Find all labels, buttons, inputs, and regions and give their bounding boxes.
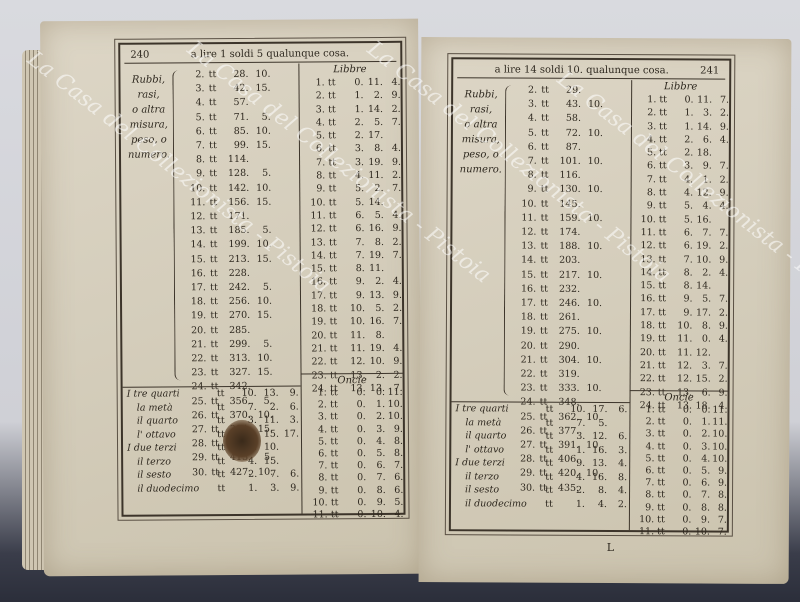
value-cell: tt [536,353,552,367]
value-cell: 3. [557,430,585,444]
table-row: 10.tt0.9.7. [630,514,727,527]
value-cell [271,124,291,138]
value-cell: tt [536,311,552,325]
value-cell: 7. [712,94,729,107]
table-row: 8.tt114. [181,153,301,168]
value-cell: 5. [386,497,404,509]
value-cell: tt [655,404,669,416]
value-cell: 16. [585,470,607,484]
value-cell: 1. [557,497,585,511]
value-cell: 4. [384,209,402,222]
table-row: 21.tt11.19.4. [301,342,402,356]
ink-stain [223,420,261,462]
value-cell: tt [536,226,552,240]
quantity: 5. [181,111,205,125]
table-row: 11.tt0.10.4. [302,509,403,522]
value-cell: 10. [581,126,603,140]
quantity: 20. [635,346,655,359]
value-cell: 10. [581,183,603,197]
oncie-title: Oncie [631,391,728,405]
value-cell: tt [205,139,221,153]
table-row: 2.tt0.1.11. [630,416,727,429]
value-cell [580,340,602,354]
table-row: 17.tt246.10. [512,297,632,312]
table-row: 3.tt1.14.2. [300,102,401,116]
value-cell: 1. [692,417,711,429]
value-cell: 15. [249,139,271,153]
quantity: 21. [305,342,326,355]
table-row: 4.tt57. [181,96,301,111]
value-cell: 7. [340,236,365,249]
value-cell: tt [536,368,552,382]
quantity: 10. [304,196,325,209]
value-cell: 1. [229,481,257,495]
value-cell: tt [656,173,670,186]
value-cell: 6. [607,430,627,444]
value-cell: tt [656,146,670,159]
value-cell: 10. [249,125,271,139]
value-cell: 5. [585,416,607,430]
table-row: 21.tt299.5. [182,337,302,352]
value-cell: tt [654,502,668,514]
value-cell: 6. [366,460,385,472]
value-cell: 159. [552,212,580,226]
quantity: 20. [182,324,206,338]
value-cell [249,210,271,224]
value-cell: 4. [712,133,729,146]
value-cell: 2. [364,182,383,195]
value-cell: 9. [279,387,299,401]
table-row: 12.tt6.19.2. [631,239,728,253]
value-cell: tt [205,111,221,125]
value-cell [272,309,292,323]
value-cell: tt [325,169,339,182]
value-cell: tt [327,473,341,485]
table-row: 2.tt0.1.10. [302,399,403,412]
value-cell [271,110,291,124]
fraction-row: il quartott3.11.3. [123,414,301,429]
libbre-title: Libbre [632,80,729,94]
value-cell: 16. [693,213,712,226]
value-cell: 71. [221,110,249,124]
quantity: 2. [306,400,327,412]
quantity: 4. [513,112,537,126]
value-cell: 10. [693,253,712,266]
table-row: 6.tt0.5.8. [302,448,403,461]
table-row: 8.tt116. [513,169,633,184]
fraction-row: il duodecimott1.4.2. [451,497,629,511]
value-cell: 4. [669,186,693,199]
value-cell: 5. [364,209,383,222]
value-cell [383,129,401,142]
value-cell: 10. [365,355,384,368]
value-cell: 10. [250,352,272,366]
quantity: 17. [182,281,206,295]
value-cell: 0. [341,460,366,472]
open-book: 240 a lire 1 soldi 5 qualunque cosa. Rub… [22,20,792,580]
value-cell: 11. [341,342,366,355]
table-row: 20.tt11.12. [631,346,728,360]
value-cell: 1. [670,107,694,120]
table-row: 7.tt101.10. [513,155,633,170]
fraction-label: I due terzi [123,441,213,455]
table-row: 2.tt1.2.9. [300,89,401,103]
value-cell: tt [325,183,339,196]
table-row: 13.tt185.5. [181,224,301,239]
table-row: 22.tt12.15.2. [631,372,728,386]
quantity: 7. [634,477,654,489]
quantity: 18. [635,319,655,332]
table-row: 3.tt42.15. [180,82,300,97]
value-cell: 0. [668,514,692,526]
value-cell: tt [326,223,340,236]
value-cell: tt [325,129,339,142]
table-row: 11.tt6.5.4. [300,209,401,223]
value-cell: 5. [692,465,711,477]
value-cell: 29. [553,84,581,98]
quantity: 3. [513,98,537,112]
value-cell: 9. [383,156,401,169]
value-cell: 7. [712,160,729,173]
value-cell [602,311,622,325]
value-cell: 9. [711,320,728,333]
value-cell: tt [328,509,342,521]
value-cell: 228. [222,267,250,281]
value-cell: 8. [585,484,607,498]
side-label: Rubbi,rasi,o altramisura,peso, onumero. [457,87,505,177]
value-cell: 9. [384,289,402,302]
value-cell: 14. [693,280,712,293]
value-cell: 5. [365,302,384,315]
table-row: 5.tt0.4.8. [302,436,403,449]
value-cell: tt [213,455,229,469]
quantity: 6. [634,465,654,477]
value-cell: tt [204,68,220,82]
quantity: 3. [304,103,325,116]
value-cell: tt [656,93,670,106]
table-row: 10.tt5.16. [631,213,728,227]
quantity: 3. [634,429,654,441]
value-cell: 5. [249,110,271,124]
value-cell: tt [206,338,222,352]
value-cell: tt [541,484,557,498]
value-cell: 2. [339,116,364,129]
value-cell: 0. [341,399,366,411]
value-cell: 2. [712,173,729,186]
table-row: 2.tt28.10. [180,68,300,83]
value-cell [602,297,622,311]
table-row: 3.tt0.2.10. [302,411,403,424]
value-cell: tt [537,84,553,98]
quantity: 14. [182,239,206,253]
value-cell: 6. [340,209,365,222]
value-cell: 8. [365,329,384,342]
table-row: 7.tt3.19.9. [300,156,401,170]
left-running-head: 240 a lire 1 soldi 5 qualunque cosa. [124,45,396,64]
value-cell: 2. [711,306,728,319]
quantity: 21. [635,359,655,372]
value-cell [271,181,291,195]
value-cell: 19. [693,240,712,253]
value-cell: tt [654,453,668,465]
value-cell: 5. [250,281,272,295]
value-cell: tt [656,213,670,226]
value-cell: tt [541,403,557,417]
quantity: 4. [181,97,205,111]
quantity: 10. [634,514,654,526]
value-cell [580,226,602,240]
value-cell: 12. [669,359,693,372]
quantity: 1. [306,387,327,399]
table-row: 11.tt6.7.7. [631,226,728,240]
table-row: 5.tt0.4.10. [630,453,727,466]
quantity: 19. [305,316,326,329]
value-cell: 9. [669,293,693,306]
value-cell: 6. [279,400,299,414]
value-cell: 0. [341,424,366,436]
fraction-label: il duodecimo [123,482,213,496]
value-cell: 1. [670,120,694,133]
table-row: 1.tt0.11.4. [299,76,400,90]
table-row: 20.tt11.8. [301,328,402,342]
table-row: 10.tt145. [513,197,633,212]
table-row: 22.tt319. [512,368,632,383]
value-cell: 7. [669,253,693,266]
value-cell: 4. [385,342,403,355]
table-row: 11.tt156.15. [181,195,301,210]
table-row: 3.tt0.2.10. [630,429,727,442]
table-row: 9.tt130.10. [513,183,633,198]
fraction-row: la metàtt7.5. [451,416,629,430]
quantity: 2. [304,90,325,103]
quantity: 6. [304,143,325,156]
libbre-column: Libbre 1.tt0.11.7.2.tt1.3.2.3.tt1.14.9.4… [630,80,730,391]
value-cell: 10. [385,399,403,411]
value-cell: 8. [669,266,693,279]
value-cell: 11. [257,414,279,428]
value-cell: 319. [552,368,580,382]
quantity: 19. [512,325,536,339]
quantity: 6. [636,160,656,173]
value-cell: tt [205,196,221,210]
value-cell: 9. [711,253,728,266]
table-row: 7.tt4.1.2. [632,173,729,187]
value-cell: tt [537,98,553,112]
quantity: 11. [634,526,654,538]
value-cell [580,254,602,268]
value-cell: 130. [553,183,581,197]
fraction-label: l' ottavo [451,443,541,457]
value-cell: 43. [553,98,581,112]
value-cell: 9. [385,355,403,368]
value-cell: 8. [365,235,384,248]
value-cell: 0. [339,76,364,89]
value-cell: 13. [585,457,607,471]
side-label-line: rasi, [457,102,505,117]
page-number: 241 [700,65,719,76]
value-cell: 4. [693,200,712,213]
value-cell: 11. [711,405,728,417]
value-cell: tt [213,387,229,401]
value-cell: tt [206,295,222,309]
quantity: 2. [180,68,204,82]
value-cell: 7. [711,227,728,240]
value-cell: 0. [342,485,367,497]
value-cell: 10. [581,155,603,169]
value-cell: 3. [693,107,712,120]
fraction-row: l' ottavott1.16.3. [451,443,629,457]
value-cell: tt [655,416,669,428]
quantity: 8. [513,169,537,183]
value-cell: 0. [668,417,692,429]
value-cell: 99. [221,139,249,153]
table-row: 7.tt0.6.9. [630,477,727,490]
value-cell: 9. [366,497,385,509]
side-label-line: peso, o [125,132,173,147]
quantity: 8. [181,153,205,167]
table-row: 16.tt9.5.7. [631,293,728,307]
fraction-row: l' ottavott1.15.17. [123,427,301,442]
value-cell: 6. [607,403,627,417]
quantity: 9. [181,168,205,182]
value-cell: 5. [364,116,383,129]
value-cell: tt [541,430,557,444]
value-cell: 2. [229,468,257,482]
value-cell: 15. [692,373,711,386]
value-cell: 256. [222,295,250,309]
value-cell: tt [656,200,670,213]
value-cell: 304. [552,354,580,368]
right-running-head: a lire 14 soldi 10. qualunque cosa. 241 [457,61,725,79]
value-cell: 14. [693,120,712,133]
table-row: 21.tt304.10. [512,353,632,368]
value-cell: 114. [221,153,249,167]
value-cell [603,112,623,126]
value-cell: 4. [692,453,711,465]
table-row: 23.tt333.10. [512,382,632,397]
value-cell: tt [327,387,341,399]
value-cell: 7. [691,490,710,502]
value-cell: 13. [365,289,384,302]
left-table-frame: 240 a lire 1 soldi 5 qualunque cosa. Rub… [118,41,405,517]
value-cell: 11. [340,329,365,342]
value-cell [272,281,292,295]
table-row: 13.tt7.10.9. [631,253,728,267]
quantity: 15. [512,268,536,282]
value-cell: tt [655,441,669,453]
value-cell: tt [536,240,552,254]
value-cell [271,210,291,224]
value-cell: 7. [693,226,712,239]
table-row: 8.tt4.11.2. [300,169,401,183]
quantity: 3. [306,412,327,424]
value-cell: 6. [386,472,404,484]
value-cell: 4. [383,142,401,155]
quantity: 19. [635,333,655,346]
value-cell [271,167,291,181]
value-cell: 3. [366,424,385,436]
value-cell: tt [537,112,553,126]
quantity: 16. [512,282,536,296]
value-cell: 72. [553,126,581,140]
quantity: 15. [182,253,206,267]
quantity: 8. [636,186,656,199]
value-cell: tt [656,133,670,146]
value-cell: tt [536,268,552,282]
value-cell: 7. [384,182,402,195]
value-cell: tt [654,477,668,489]
value-cell: 9. [712,120,729,133]
value-cell: 1. [557,443,585,457]
side-label-line: misura, [457,132,505,147]
value-cell: tt [656,226,670,239]
quantity: 14. [512,254,536,268]
value-cell: 7. [383,116,401,129]
value-cell [712,147,729,160]
value-cell: tt [326,316,340,329]
table-row: 10.tt142.10. [181,181,301,196]
value-cell: 156. [221,196,249,210]
value-cell [602,354,622,368]
value-cell [271,153,291,167]
value-cell: 8. [340,262,365,275]
quantity: 20. [305,329,326,342]
value-cell: 7. [384,249,402,262]
value-cell: tt [206,281,222,295]
value-cell: 11. [363,76,382,89]
value-cell: 7. [710,514,727,526]
oncie-column: Oncie 1.tt0.0.11.2.tt0.1.11.3.tt0.2.10.4… [629,390,728,531]
value-cell: 5. [250,338,272,352]
value-cell: 101. [553,155,581,169]
value-cell: 0. [341,436,366,448]
side-label-line: o altra [457,117,505,132]
value-cell: 4. [386,509,404,521]
value-cell: tt [205,153,221,167]
value-cell: 7. [557,416,585,430]
value-cell [602,226,622,240]
value-cell: 128. [221,167,249,181]
fraction-row: il sestott2.7.6. [123,468,301,483]
value-cell: tt [541,470,557,484]
quantity: 22. [182,352,206,366]
table-row: 22.tt313.10. [182,352,302,367]
value-cell: 275. [552,325,580,339]
value-cell: 10. [340,302,365,315]
table-row: 13.tt188.10. [512,240,632,255]
table-row: 6.tt3.9.7. [632,160,729,174]
fraction-row: il duodecimott1.3.9. [123,481,301,496]
table-row: 9.tt5.2.7. [300,182,401,196]
quantity: 12. [512,226,536,240]
table-row: 2.tt29. [513,84,633,99]
fraction-label: I tre quarti [123,387,213,401]
value-cell [272,337,292,351]
value-cell: 9. [340,276,365,289]
value-cell: 7. [257,468,279,482]
value-cell [603,155,623,169]
value-cell [602,368,622,382]
value-cell: 8. [364,142,383,155]
quantity: 11. [512,211,536,225]
table-row: 19.tt275.10. [512,325,632,340]
value-cell: tt [326,342,340,355]
table-row: 7.tt99.15. [181,139,301,154]
value-cell [603,98,623,112]
table-row: 18.tt10.8.9. [631,319,728,333]
value-cell [603,141,623,155]
value-cell [580,368,602,382]
